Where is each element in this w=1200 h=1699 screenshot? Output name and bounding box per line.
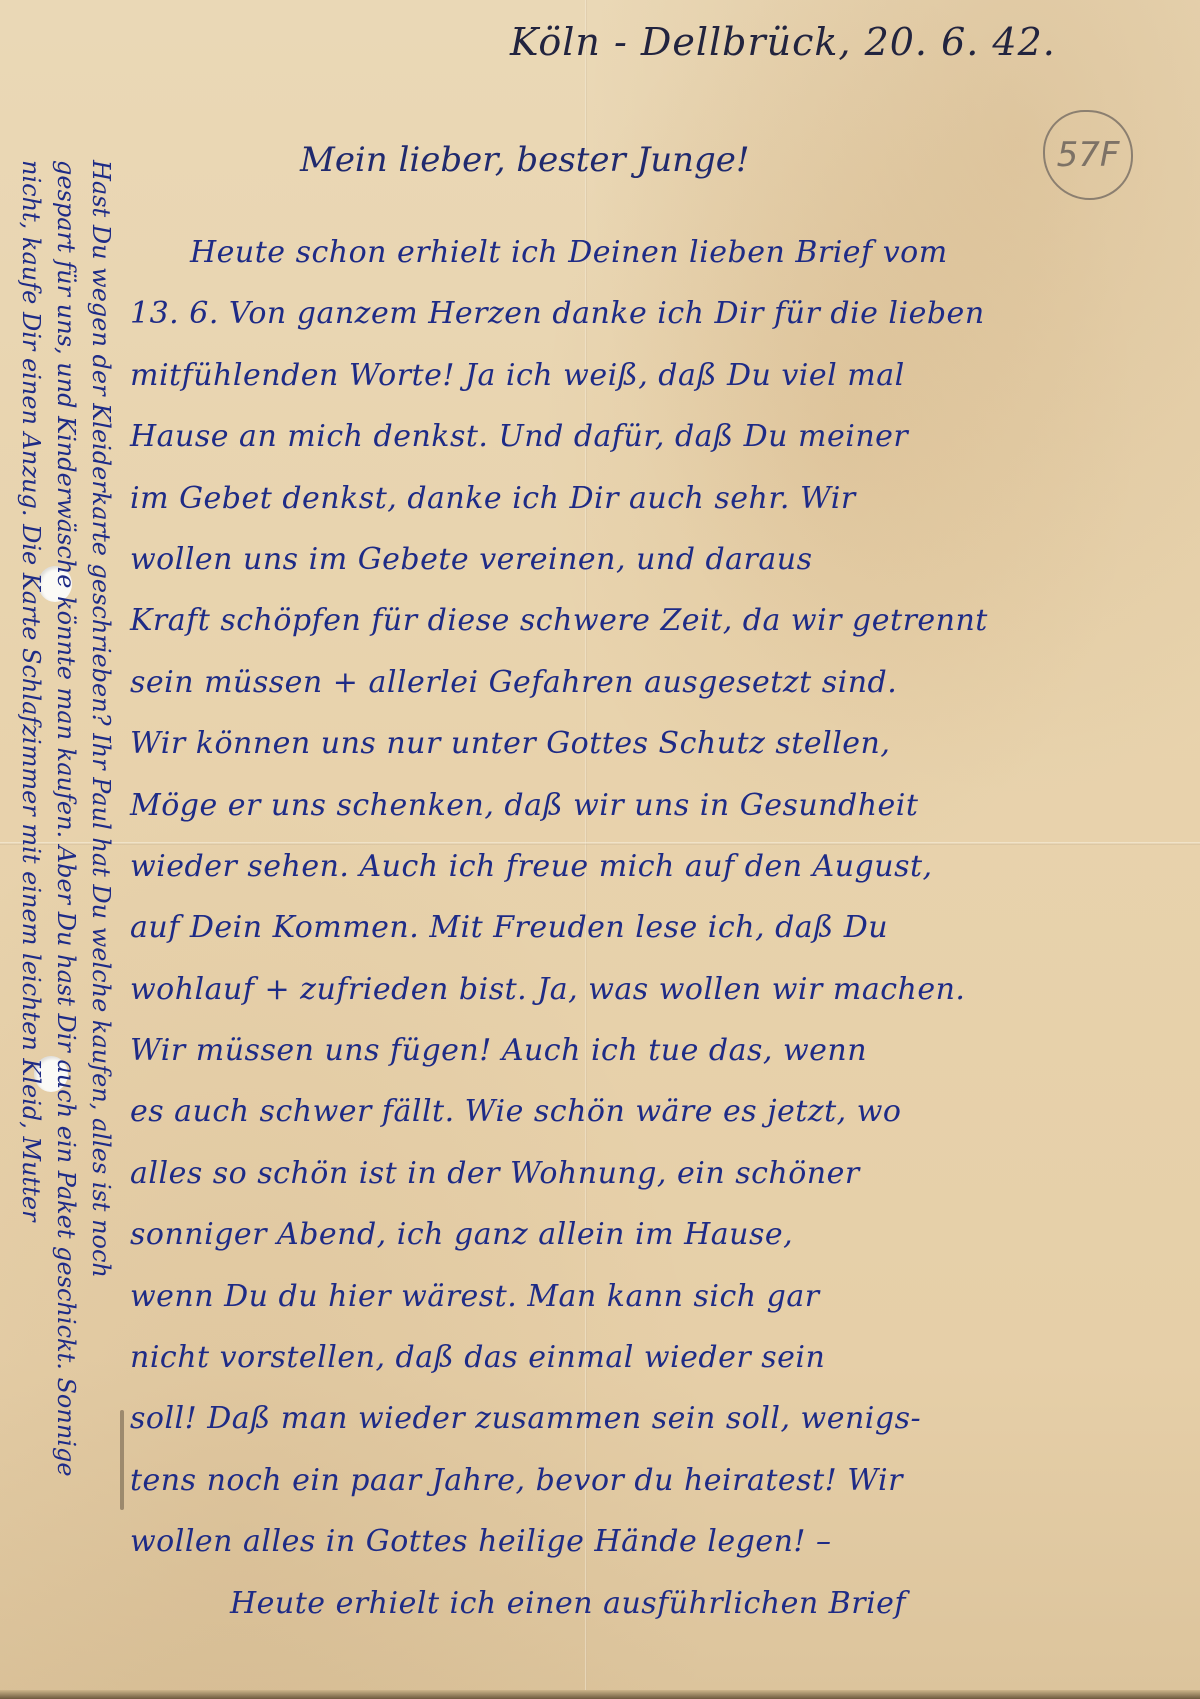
body-line: wollen uns im Gebete vereinen, und darau…	[130, 529, 1180, 590]
body-line: tens noch ein paar Jahre, bevor du heira…	[130, 1450, 1180, 1511]
pencil-margin-mark	[120, 1410, 124, 1510]
body-line: Heute erhielt ich einen ausführlichen Br…	[130, 1573, 1180, 1634]
body-line: wollen alles in Gottes heilige Hände leg…	[130, 1511, 1180, 1572]
body-line: nicht vorstellen, daß das einmal wieder …	[130, 1327, 1180, 1388]
body-line: Wir können uns nur unter Gottes Schutz s…	[130, 713, 1180, 774]
place-and-date: Köln - Dellbrück, 20. 6. 42.	[510, 20, 1056, 64]
body-line: 13. 6. Von ganzem Herzen danke ich Dir f…	[130, 283, 1180, 344]
body-line: sein müssen + allerlei Gefahren ausgeset…	[130, 652, 1180, 713]
letter-page: Köln - Dellbrück, 20. 6. 42. 57F Mein li…	[0, 0, 1200, 1699]
body-line: Hause an mich denkst. Und dafür, daß Du …	[130, 406, 1180, 467]
letter-body: Heute schon erhielt ich Deinen lieben Br…	[130, 222, 1180, 1634]
body-line: mitfühlenden Worte! Ja ich weiß, daß Du …	[130, 345, 1180, 406]
body-line: wieder sehen. Auch ich freue mich auf de…	[130, 836, 1180, 897]
body-line: auf Dein Kommen. Mit Freuden lese ich, d…	[130, 897, 1180, 958]
margin-note-line: gespart für uns, und Kinderwäsche könnte…	[48, 160, 83, 1680]
paper-bottom-edge	[0, 1690, 1200, 1699]
body-line: Kraft schöpfen für diese schwere Zeit, d…	[130, 590, 1180, 651]
vertical-margin-note: Hast Du wegen der Kleiderkarte geschrieb…	[13, 160, 118, 1680]
body-line: im Gebet denkst, danke ich Dir auch sehr…	[130, 468, 1180, 529]
body-line: Heute schon erhielt ich Deinen lieben Br…	[130, 222, 1180, 283]
margin-note-line: nicht, kaufe Dir einen Anzug. Die Karte …	[13, 160, 48, 1680]
body-line: wenn Du du hier wärest. Man kann sich ga…	[130, 1266, 1180, 1327]
margin-note-line: Hast Du wegen der Kleiderkarte geschrieb…	[83, 160, 118, 1680]
body-line: sonniger Abend, ich ganz allein im Hause…	[130, 1204, 1180, 1265]
body-line: alles so schön ist in der Wohnung, ein s…	[130, 1143, 1180, 1204]
body-line: Wir müssen uns fügen! Auch ich tue das, …	[130, 1020, 1180, 1081]
body-line: wohlauf + zufrieden bist. Ja, was wollen…	[130, 959, 1180, 1020]
body-line: es auch schwer fällt. Wie schön wäre es …	[130, 1081, 1180, 1142]
salutation: Mein lieber, bester Junge!	[300, 140, 750, 180]
archive-number-circle: 57F	[1043, 110, 1133, 200]
body-line: Möge er uns schenken, daß wir uns in Ges…	[130, 775, 1180, 836]
body-line: soll! Daß man wieder zusammen sein soll,…	[130, 1388, 1180, 1449]
